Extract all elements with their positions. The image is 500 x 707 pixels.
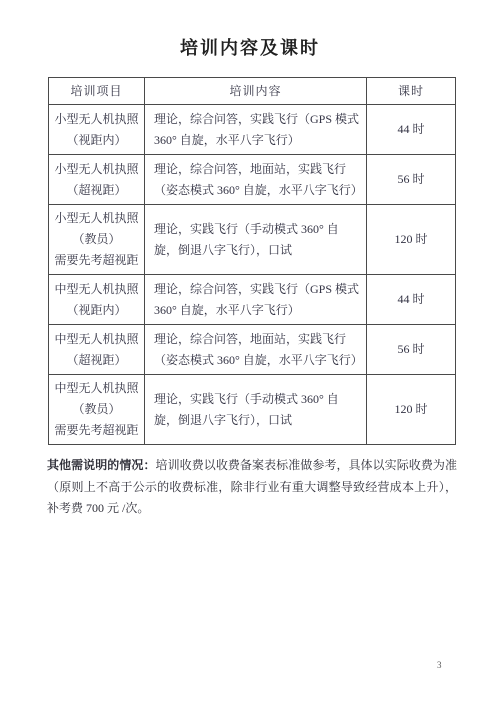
table-row: 小型无人机执照 （视距内） 理论，综合问答，实践飞行（GPS 模式 360° 自… [49, 105, 456, 155]
hours-cell: 120 时 [367, 375, 456, 445]
table-row: 小型无人机执照 （教员） 需要先考超视距 理论，实践飞行（手动模式 360° 自… [49, 205, 456, 275]
training-table: 培训项目 培训内容 课时 小型无人机执照 （视距内） 理论，综合问答，实践飞行（… [48, 77, 456, 445]
note-label: 其他需说明的情况： [47, 458, 156, 472]
hours-cell: 120 时 [367, 205, 456, 275]
table-header-row: 培训项目 培训内容 课时 [49, 78, 456, 105]
hours-cell: 56 时 [367, 325, 456, 375]
hours-cell: 44 时 [367, 275, 456, 325]
table-row: 中型无人机执照 （视距内） 理论，综合问答，实践飞行（GPS 模式 360° 自… [49, 275, 456, 325]
content-cell: 理论，综合问答，地面站，实践飞行（姿态模式 360° 自旋，水平八字飞行） [145, 155, 367, 205]
header-cell-project: 培训项目 [49, 78, 145, 105]
note-paragraph: 其他需说明的情况：培训收费以收费备案表标准做参考，具体以实际收费为准（原则上不高… [47, 455, 457, 520]
project-cell: 小型无人机执照 （超视距） [49, 155, 145, 205]
table-row: 中型无人机执照 （超视距） 理论，综合问答，地面站，实践飞行（姿态模式 360°… [49, 325, 456, 375]
project-cell: 中型无人机执照 （超视距） [49, 325, 145, 375]
hours-cell: 44 时 [367, 105, 456, 155]
content-cell: 理论，实践飞行（手动模式 360° 自旋，倒退八字飞行），口试 [145, 205, 367, 275]
table-body: 小型无人机执照 （视距内） 理论，综合问答，实践飞行（GPS 模式 360° 自… [49, 105, 456, 445]
project-cell: 小型无人机执照 （教员） 需要先考超视距 [49, 205, 145, 275]
header-cell-hours: 课时 [367, 78, 456, 105]
table-row: 中型无人机执照 （教员） 需要先考超视距 理论，实践飞行（手动模式 360° 自… [49, 375, 456, 445]
project-cell: 小型无人机执照 （视距内） [49, 105, 145, 155]
table-row: 小型无人机执照 （超视距） 理论，综合问答，地面站，实践飞行（姿态模式 360°… [49, 155, 456, 205]
content-cell: 理论，实践飞行（手动模式 360° 自旋，倒退八字飞行），口试 [145, 375, 367, 445]
page-title: 培训内容及课时 [0, 34, 500, 60]
content-cell: 理论，综合问答，实践飞行（GPS 模式 360° 自旋，水平八字飞行） [145, 275, 367, 325]
header-cell-content: 培训内容 [145, 78, 367, 105]
content-cell: 理论，综合问答，地面站，实践飞行（姿态模式 360° 自旋，水平八字飞行） [145, 325, 367, 375]
hours-cell: 56 时 [367, 155, 456, 205]
project-cell: 中型无人机执照 （视距内） [49, 275, 145, 325]
page-number: 3 [437, 660, 442, 670]
content-cell: 理论，综合问答，实践飞行（GPS 模式 360° 自旋，水平八字飞行） [145, 105, 367, 155]
project-cell: 中型无人机执照 （教员） 需要先考超视距 [49, 375, 145, 445]
